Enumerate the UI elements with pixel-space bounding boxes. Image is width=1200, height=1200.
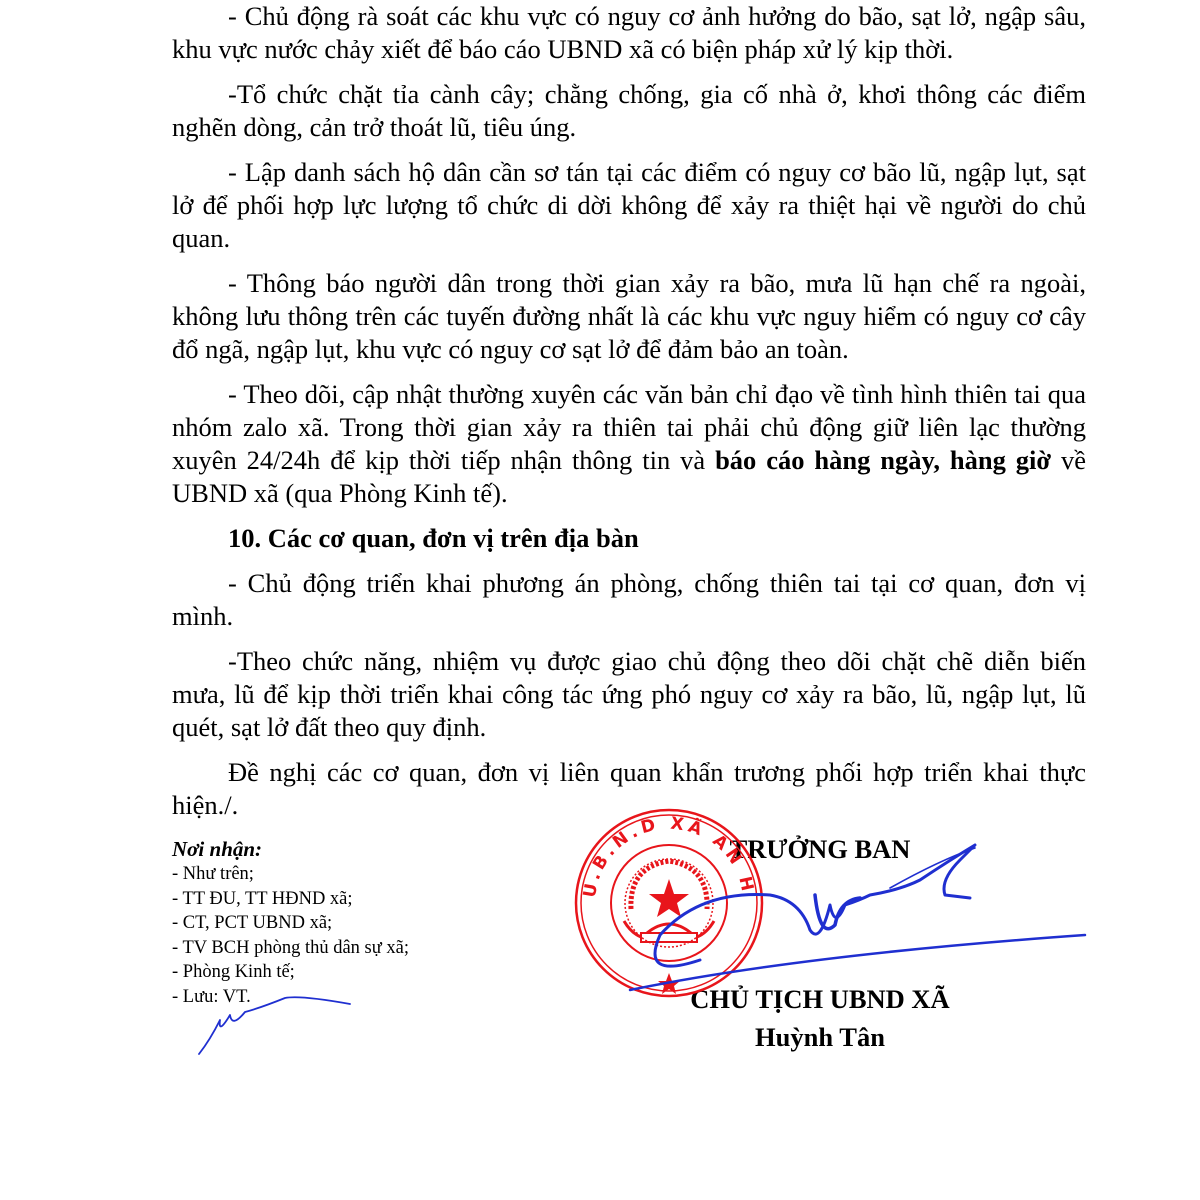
paragraph: - Lập danh sách hộ dân cần sơ tán tại cá…: [172, 156, 1086, 255]
paragraph-closing: Đề nghị các cơ quan, đơn vị liên quan kh…: [172, 756, 1086, 822]
paragraph: -Tổ chức chặt tỉa cành cây; chằng chống,…: [172, 78, 1086, 144]
recipient-item: - Lưu: VT.: [172, 985, 409, 1010]
section-heading: 10. Các cơ quan, đơn vị trên địa bàn: [172, 522, 1086, 555]
document-body: - Chủ động rà soát các khu vực có nguy c…: [172, 0, 1086, 822]
recipient-item: - Phòng Kinh tế;: [172, 960, 409, 985]
recipient-item: - Như trên;: [172, 862, 409, 887]
paragraph-monitoring: - Theo dõi, cập nhật thường xuyên các vă…: [172, 378, 1086, 510]
paragraph: -Theo chức năng, nhiệm vụ được giao chủ …: [172, 645, 1086, 744]
recipients-title: Nơi nhận:: [172, 836, 409, 862]
paragraph: - Thông báo người dân trong thời gian xả…: [172, 267, 1086, 366]
emphasis-report: báo cáo hàng ngày, hàng giờ: [715, 445, 1051, 475]
paragraph: - Chủ động triển khai phương án phòng, c…: [172, 567, 1086, 633]
signer-name: Huỳnh Tân: [600, 1022, 1040, 1053]
recipient-item: - TV BCH phòng thủ dân sự xã;: [172, 936, 409, 961]
recipient-item: - TT ĐU, TT HĐND xã;: [172, 887, 409, 912]
recipient-item: - CT, PCT UBND xã;: [172, 911, 409, 936]
paragraph: - Chủ động rà soát các khu vực có nguy c…: [172, 0, 1086, 66]
recipients-block: Nơi nhận: - Như trên; - TT ĐU, TT HĐND x…: [172, 836, 409, 1009]
signer-role-bottom: CHỦ TỊCH UBND XÃ: [600, 984, 1040, 1015]
signer-role-top: TRƯỞNG BAN: [600, 834, 1040, 865]
